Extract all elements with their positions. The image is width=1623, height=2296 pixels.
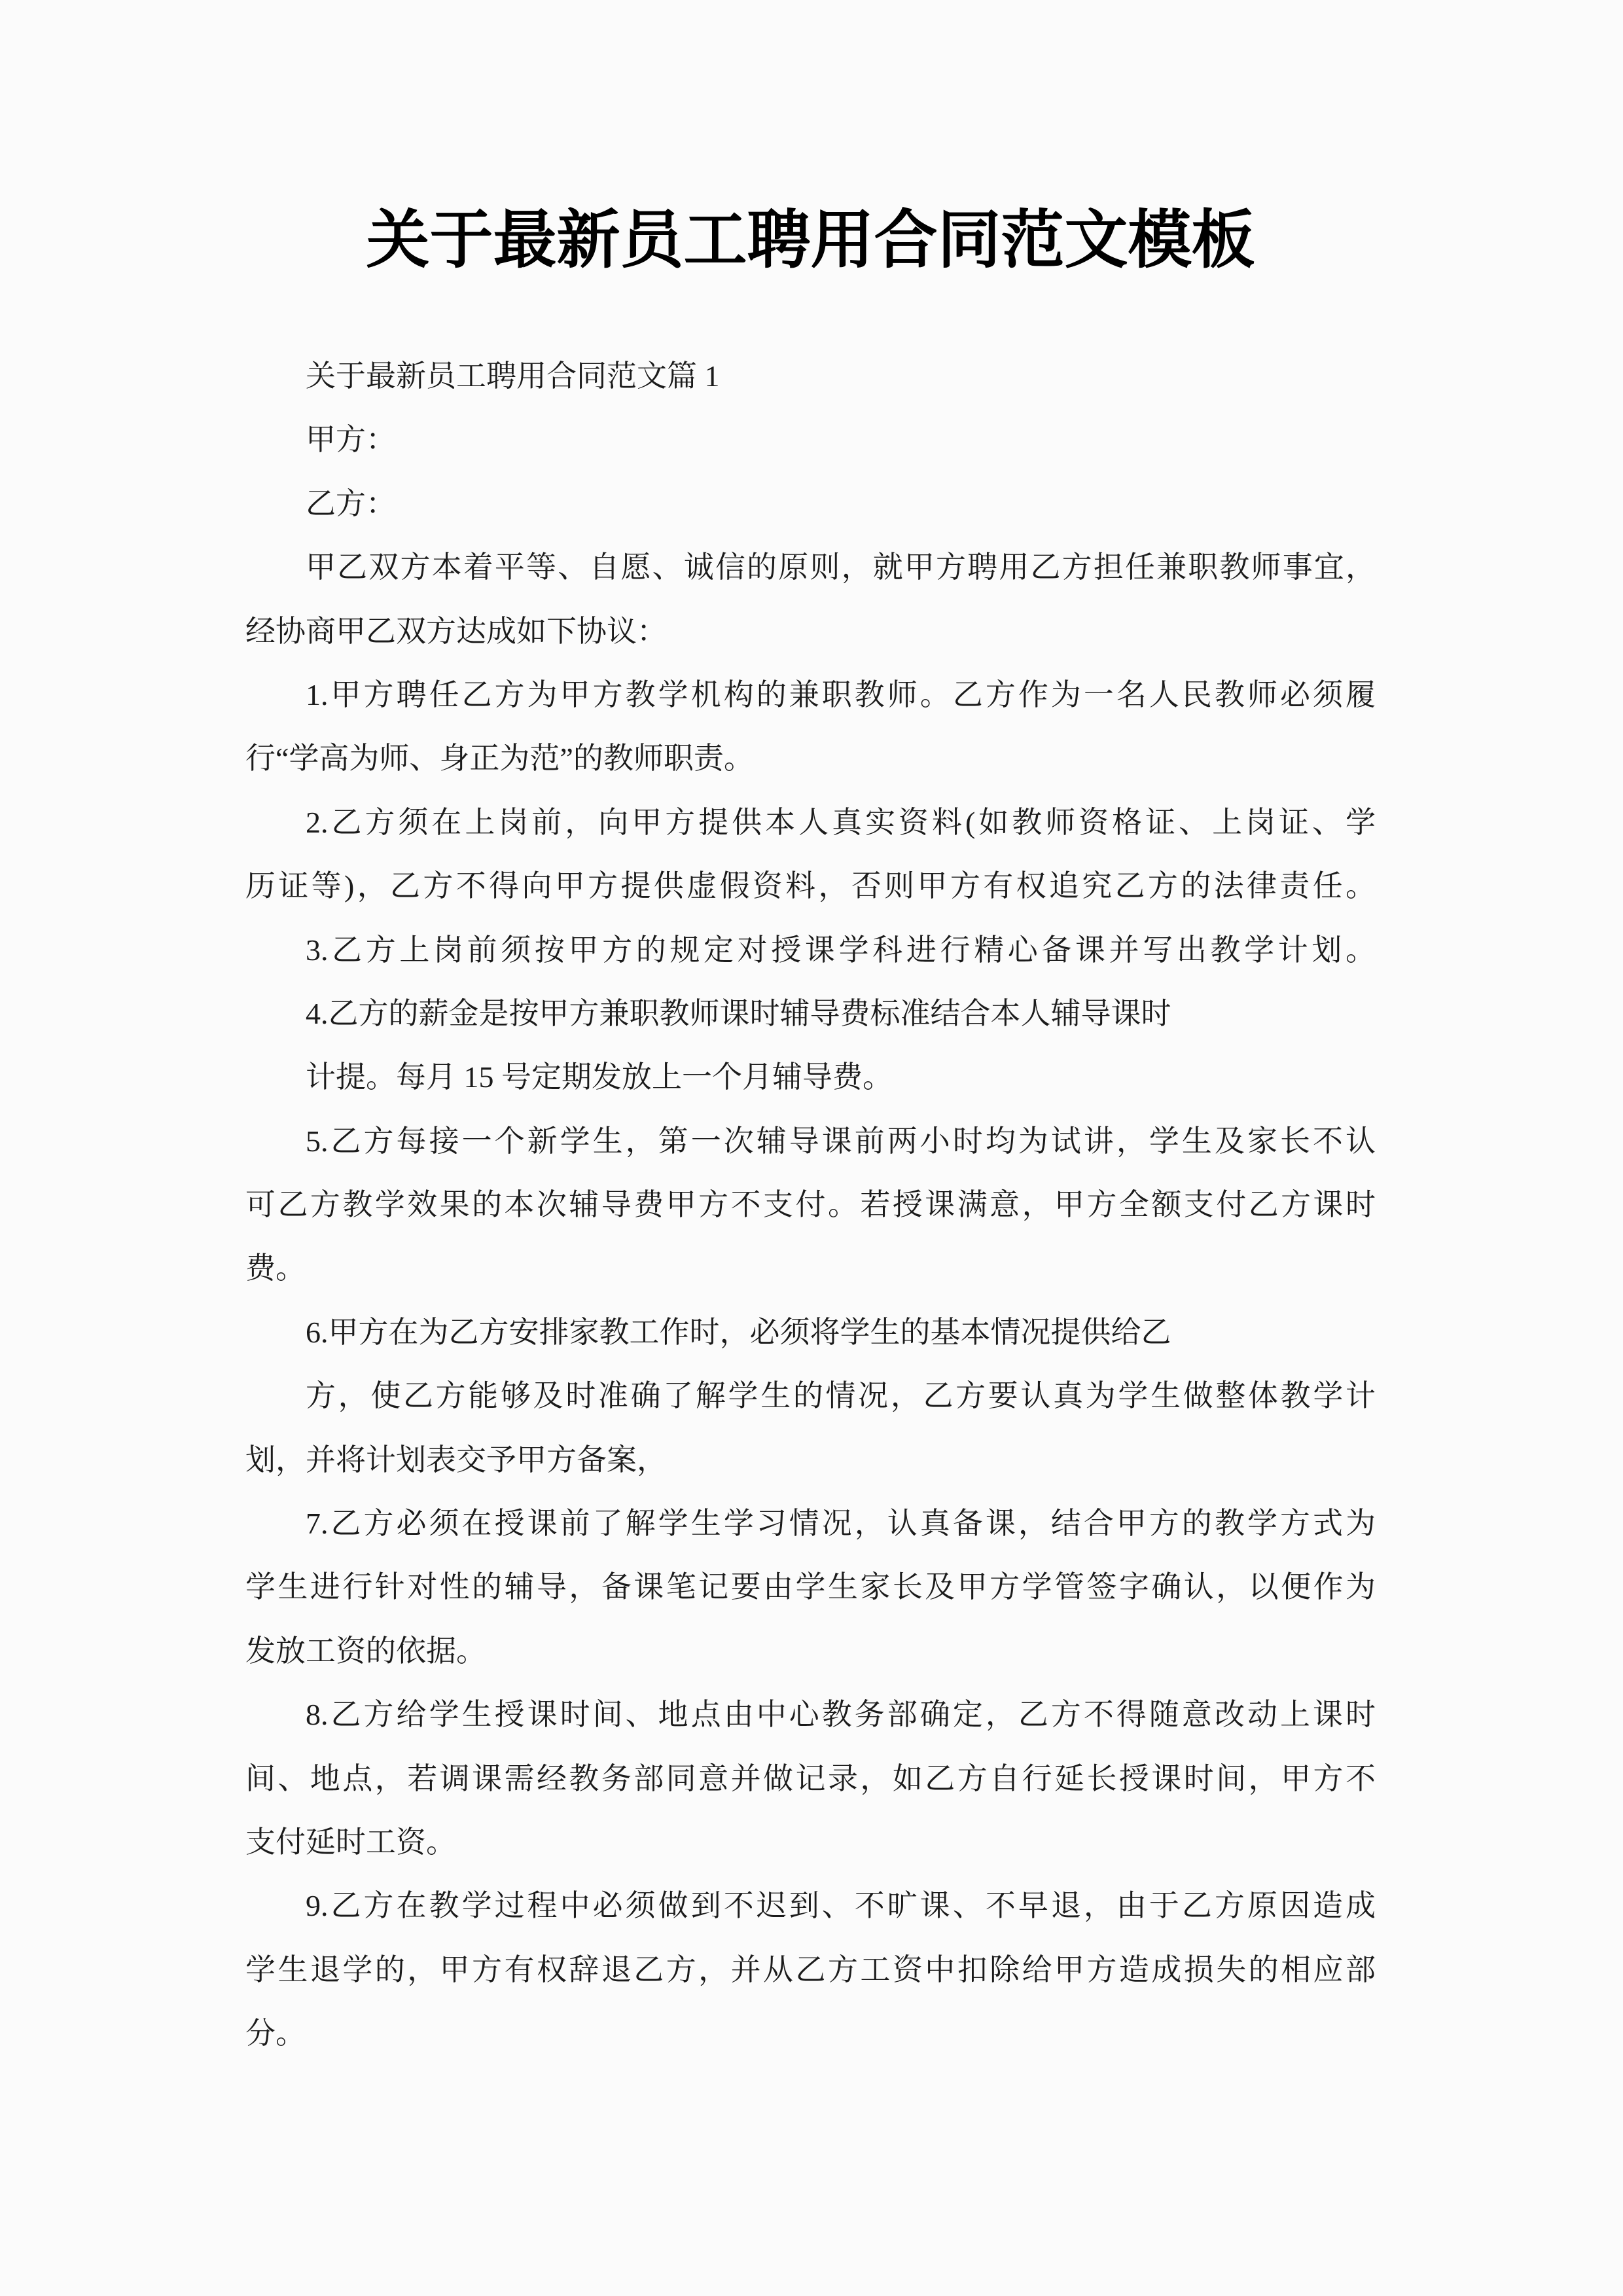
- text-line: 甲乙双方本着平等、自愿、诚信的原则，就甲方聘用乙方担任兼职教师事宜，: [245, 535, 1376, 599]
- text-line: 费。: [245, 1236, 1376, 1300]
- text-line: 学生退学的，甲方有权辞退乙方，并从乙方工资中扣除给甲方造成损失的相应部: [245, 1938, 1376, 2001]
- text-line: 可乙方教学效果的本次辅导费甲方不支付。若授课满意，甲方全额支付乙方课时: [245, 1173, 1376, 1236]
- text-line: 支付延时工资。: [245, 1810, 1376, 1874]
- text-line: 经协商甲乙双方达成如下协议：: [245, 600, 1376, 663]
- text-line: 甲方：: [245, 408, 1376, 471]
- text-line: 2.乙方须在上岗前，向甲方提供本人真实资料(如教师资格证、上岗证、学: [245, 791, 1376, 854]
- text-line: 9.乙方在教学过程中必须做到不迟到、不旷课、不早退，由于乙方原因造成: [245, 1874, 1376, 1937]
- text-line: 划，并将计划表交予甲方备案，: [245, 1428, 1376, 1492]
- text-line: 关于最新员工聘用合同范文篇 1: [245, 344, 1376, 408]
- page-background: 关于最新员工聘用合同范文模板 关于最新员工聘用合同范文篇 1甲方：乙方：甲乙双方…: [0, 0, 1623, 2296]
- text-line: 方，使乙方能够及时准确了解学生的情况，乙方要认真为学生做整体教学计: [245, 1364, 1376, 1427]
- text-line: 3.乙方上岗前须按甲方的规定对授课学科进行精心备课并写出教学计划。: [245, 918, 1376, 982]
- text-line: 历证等)，乙方不得向甲方提供虚假资料，否则甲方有权追究乙方的法律责任。: [245, 854, 1376, 918]
- text-line: 行“学高为师、身正为范”的教师职责。: [245, 726, 1376, 790]
- document-page: { "page": { "background_color": "#fbfbfb…: [0, 0, 1623, 2296]
- document-body: 关于最新员工聘用合同范文篇 1甲方：乙方：甲乙双方本着平等、自愿、诚信的原则，就…: [245, 344, 1376, 2066]
- text-line: 乙方：: [245, 472, 1376, 535]
- text-line: 5.乙方每接一个新学生，第一次辅导课前两小时均为试讲，学生及家长不认: [245, 1109, 1376, 1173]
- text-line: 学生进行针对性的辅导，备课笔记要由学生家长及甲方学管签字确认，以便作为: [245, 1555, 1376, 1619]
- text-line: 4.乙方的薪金是按甲方兼职教师课时辅导费标准结合本人辅导课时: [245, 982, 1376, 1045]
- text-line: 发放工资的依据。: [245, 1619, 1376, 1683]
- text-line: 7.乙方必须在授课前了解学生学习情况，认真备课，结合甲方的教学方式为: [245, 1492, 1376, 1555]
- text-line: 间、地点，若调课需经教务部同意并做记录，如乙方自行延长授课时间，甲方不: [245, 1747, 1376, 1810]
- document-title: 关于最新员工聘用合同范文模板: [245, 196, 1376, 285]
- text-line: 8.乙方给学生授课时间、地点由中心教务部确定，乙方不得随意改动上课时: [245, 1683, 1376, 1746]
- text-line: 分。: [245, 2001, 1376, 2065]
- text-line: 6.甲方在为乙方安排家教工作时，必须将学生的基本情况提供给乙: [245, 1300, 1376, 1364]
- text-line: 计提。每月 15 号定期发放上一个月辅导费。: [245, 1045, 1376, 1109]
- text-line: 1.甲方聘任乙方为甲方教学机构的兼职教师。乙方作为一名人民教师必须履: [245, 663, 1376, 726]
